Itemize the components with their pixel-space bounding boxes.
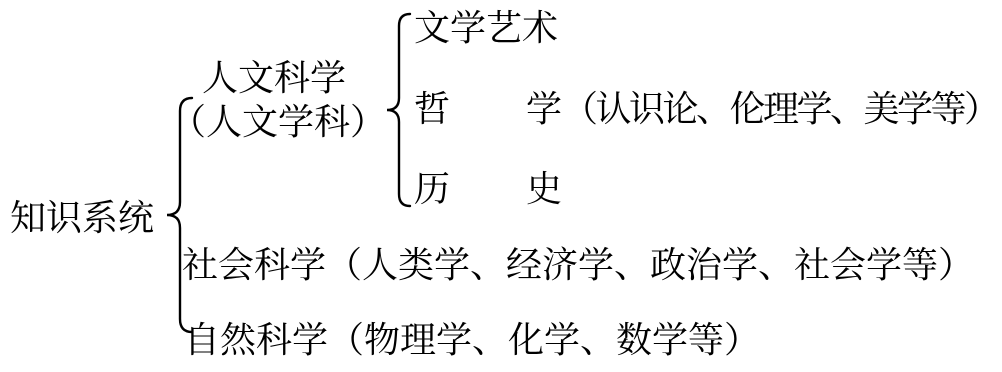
history-char-1: 历 [414,171,450,207]
literature-art-label: 文学艺术 [414,10,558,46]
root-label: 知识系统 [10,200,154,236]
philosophy-word: 哲 学 [414,91,562,127]
inner-brace [386,12,412,208]
social-science-label: 社会科学（人类学、经济学、政治学、社会学等） [182,247,974,283]
natural-science-label: 自然科学（物理学、化学、数学等） [184,322,760,358]
brace-diagram: 知识系统 人文科学 （人文学科） 文学艺术 哲 学 （认识论、伦理学、美学等） … [0,0,1002,372]
philosophy-detail: （认识论、伦理学、美学等） [562,89,998,129]
philosophy-label: 哲 学 （认识论、伦理学、美学等） [414,91,998,127]
humanities-label: 人文科学 （人文学科） [170,60,378,140]
humanities-title: 人文科学 [170,60,378,96]
history-char-2: 史 [526,171,562,207]
humanities-subtitle: （人文学科） [170,104,378,140]
history-word: 历 史 [414,171,562,207]
philosophy-char-2: 学 [526,91,562,127]
philosophy-char-1: 哲 [414,91,450,127]
history-label: 历 史 [414,171,562,207]
